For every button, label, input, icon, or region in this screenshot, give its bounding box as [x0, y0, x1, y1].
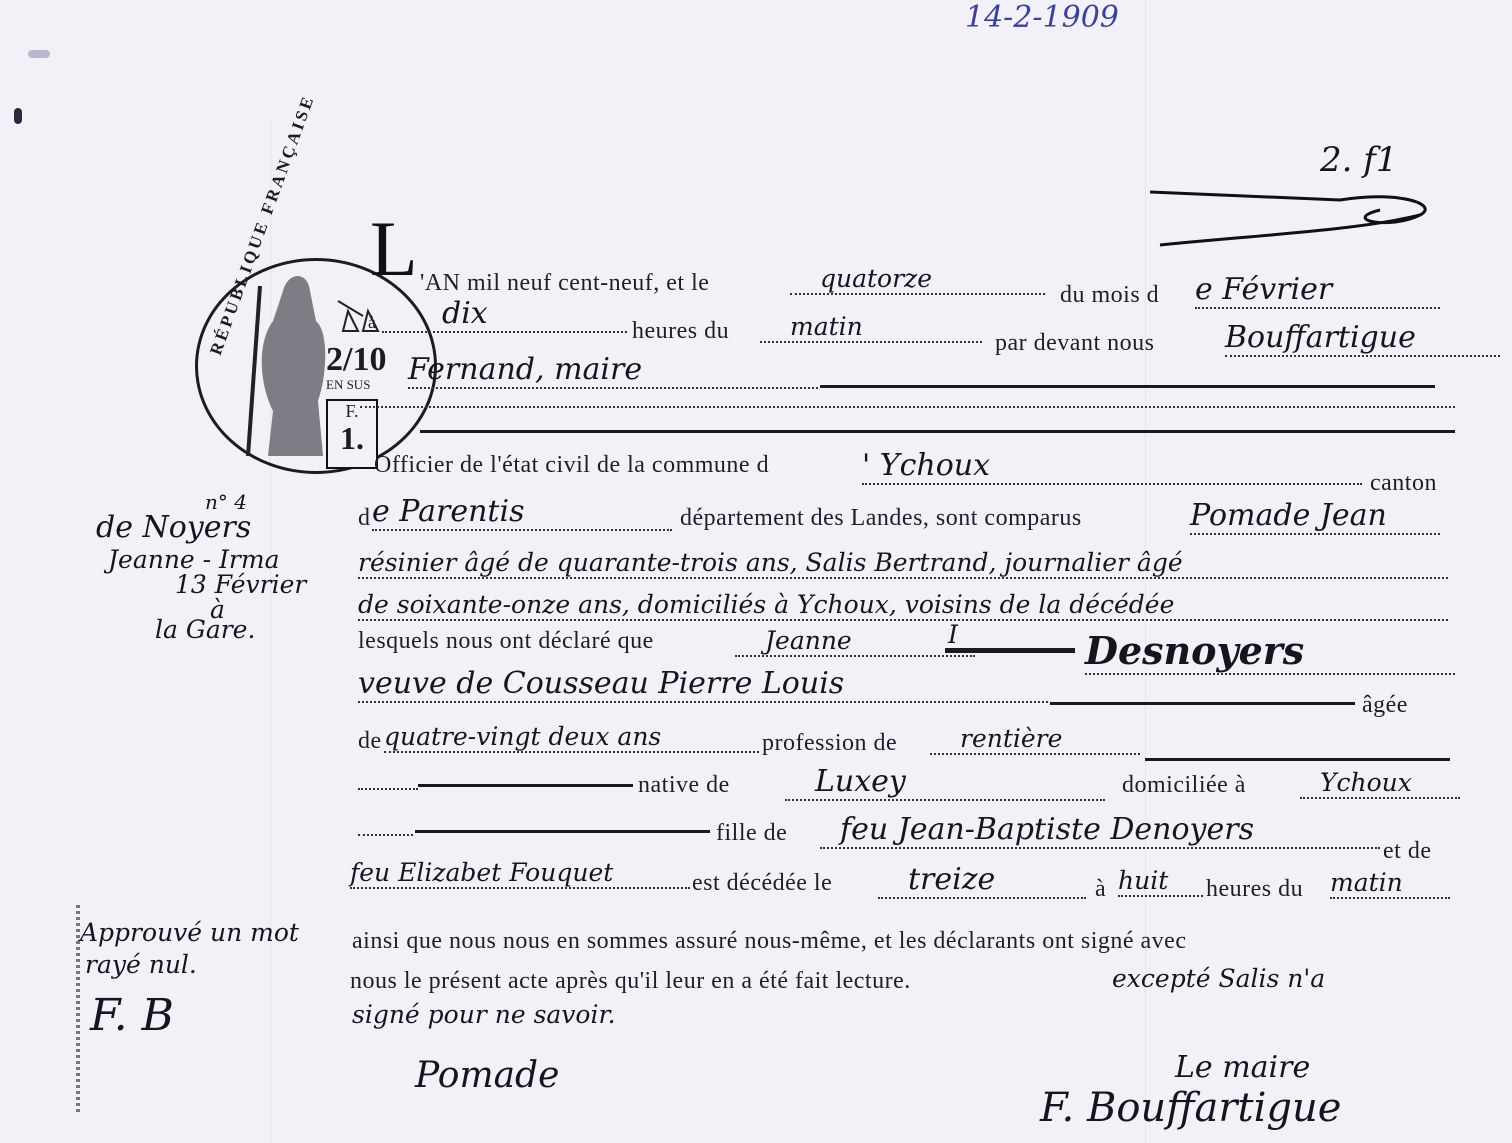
print-text: d	[358, 505, 371, 532]
folio-number: 2. f1	[1320, 140, 1397, 180]
profession-field: rentière	[930, 724, 1140, 755]
exception-note: excepté Salis n'a	[1112, 964, 1325, 993]
print-text: native de	[638, 772, 730, 799]
margin-date: 13 Février	[175, 570, 306, 599]
mayor-title: Le maire	[1175, 1050, 1310, 1085]
stamp-en-sus: EN SUS	[326, 377, 370, 393]
declarant-signature: Pomade	[415, 1055, 559, 1096]
death-hour-field: huit	[1118, 866, 1203, 897]
print-text: âgée	[1362, 692, 1408, 719]
stamp-fraction: 2/10	[326, 343, 386, 377]
ink-smudge	[14, 108, 22, 124]
strike-line	[418, 784, 633, 787]
declarants-detail-field: de soixante-onze ans, domiciliés à Ychou…	[358, 590, 1448, 621]
commune-field: ' Ychoux	[862, 448, 1362, 485]
mayor-firstname-field: Fernand, maire	[408, 352, 818, 389]
print-text: 'AN mil neuf cent-neuf, et le	[420, 270, 709, 297]
declarant1-field: Pomade Jean	[1190, 498, 1440, 535]
birthplace-field: Luxey	[785, 764, 1105, 801]
canton-field: e Parentis	[372, 494, 672, 531]
strike-line	[820, 385, 1435, 388]
father-field: feu Jean-Baptiste Denoyers	[820, 812, 1380, 849]
strike-line	[415, 830, 710, 833]
ink-smudge	[28, 50, 50, 58]
exception-note: signé pour ne savoir.	[352, 1000, 616, 1029]
mother-field: feu Elizabet Fouquet	[350, 858, 690, 889]
strike-line	[420, 430, 1455, 433]
mayor-surname-field: Bouffartigue	[1225, 320, 1500, 357]
deceased-surname-field: Desnoyers	[1085, 628, 1455, 675]
margin-name: de Noyers	[96, 510, 251, 545]
print-text: domiciliée à	[1122, 772, 1246, 799]
print-text: de	[358, 728, 382, 755]
dropcap-letter: L	[370, 210, 418, 288]
print-text: du mois d	[1060, 282, 1159, 309]
approval-line: rayé nul.	[85, 950, 197, 979]
death-time-field: matin	[1330, 868, 1450, 899]
stamp-value-box: F. 1.	[326, 399, 378, 469]
blank-line	[358, 832, 413, 836]
declarants-detail-field: résinier âgé de quarante-trois ans, Sali…	[358, 548, 1448, 579]
print-text: canton	[1370, 470, 1437, 497]
mayor-signature: F. Bouffartigue	[1040, 1085, 1341, 1131]
death-day-field: treize	[878, 862, 1086, 899]
approval-initials: F. B	[90, 990, 174, 1041]
print-text: heures du	[1206, 876, 1303, 903]
archive-date: 14-2-1909	[965, 0, 1119, 35]
hour-field: dix	[382, 296, 627, 333]
print-text: à	[368, 312, 377, 333]
blank-line	[358, 786, 418, 790]
paraph-flourish	[1140, 180, 1440, 250]
print-text: à	[1095, 876, 1106, 903]
approval-line: Approuvé un mot	[80, 918, 299, 947]
age-field: quatre-vingt deux ans	[384, 722, 759, 753]
spouse-field: veuve de Cousseau Pierre Louis	[358, 666, 1048, 703]
struck-word: I	[948, 620, 958, 649]
print-text: est décédée le	[692, 870, 832, 897]
print-text: fille de	[716, 820, 787, 847]
day-field: quatorze	[790, 264, 1045, 295]
deceased-firstname-field: Jeanne	[735, 626, 975, 657]
strike-line	[1145, 758, 1450, 761]
month-field: e Février	[1195, 272, 1440, 309]
print-text: ainsi que nous nous en sommes assuré nou…	[352, 928, 1186, 955]
print-text: heures du	[632, 318, 729, 345]
print-text: par devant nous	[995, 330, 1154, 357]
blank-line	[360, 404, 1455, 408]
print-text: Officier de l'état civil de la commune d	[374, 452, 769, 479]
print-text: département des Landes, sont comparus	[680, 505, 1082, 532]
print-text: lesquels nous ont déclaré que	[358, 628, 654, 655]
margin-place: la Gare.	[155, 615, 255, 644]
print-text: nous le présent acte après qu'il leur en…	[350, 968, 911, 995]
strike-line	[1050, 702, 1355, 705]
print-text: profession de	[762, 730, 897, 757]
print-text: et de	[1383, 838, 1431, 865]
time-field: matin	[760, 312, 982, 343]
strike-line	[945, 648, 1075, 653]
residence-field: Ychoux	[1300, 768, 1460, 799]
